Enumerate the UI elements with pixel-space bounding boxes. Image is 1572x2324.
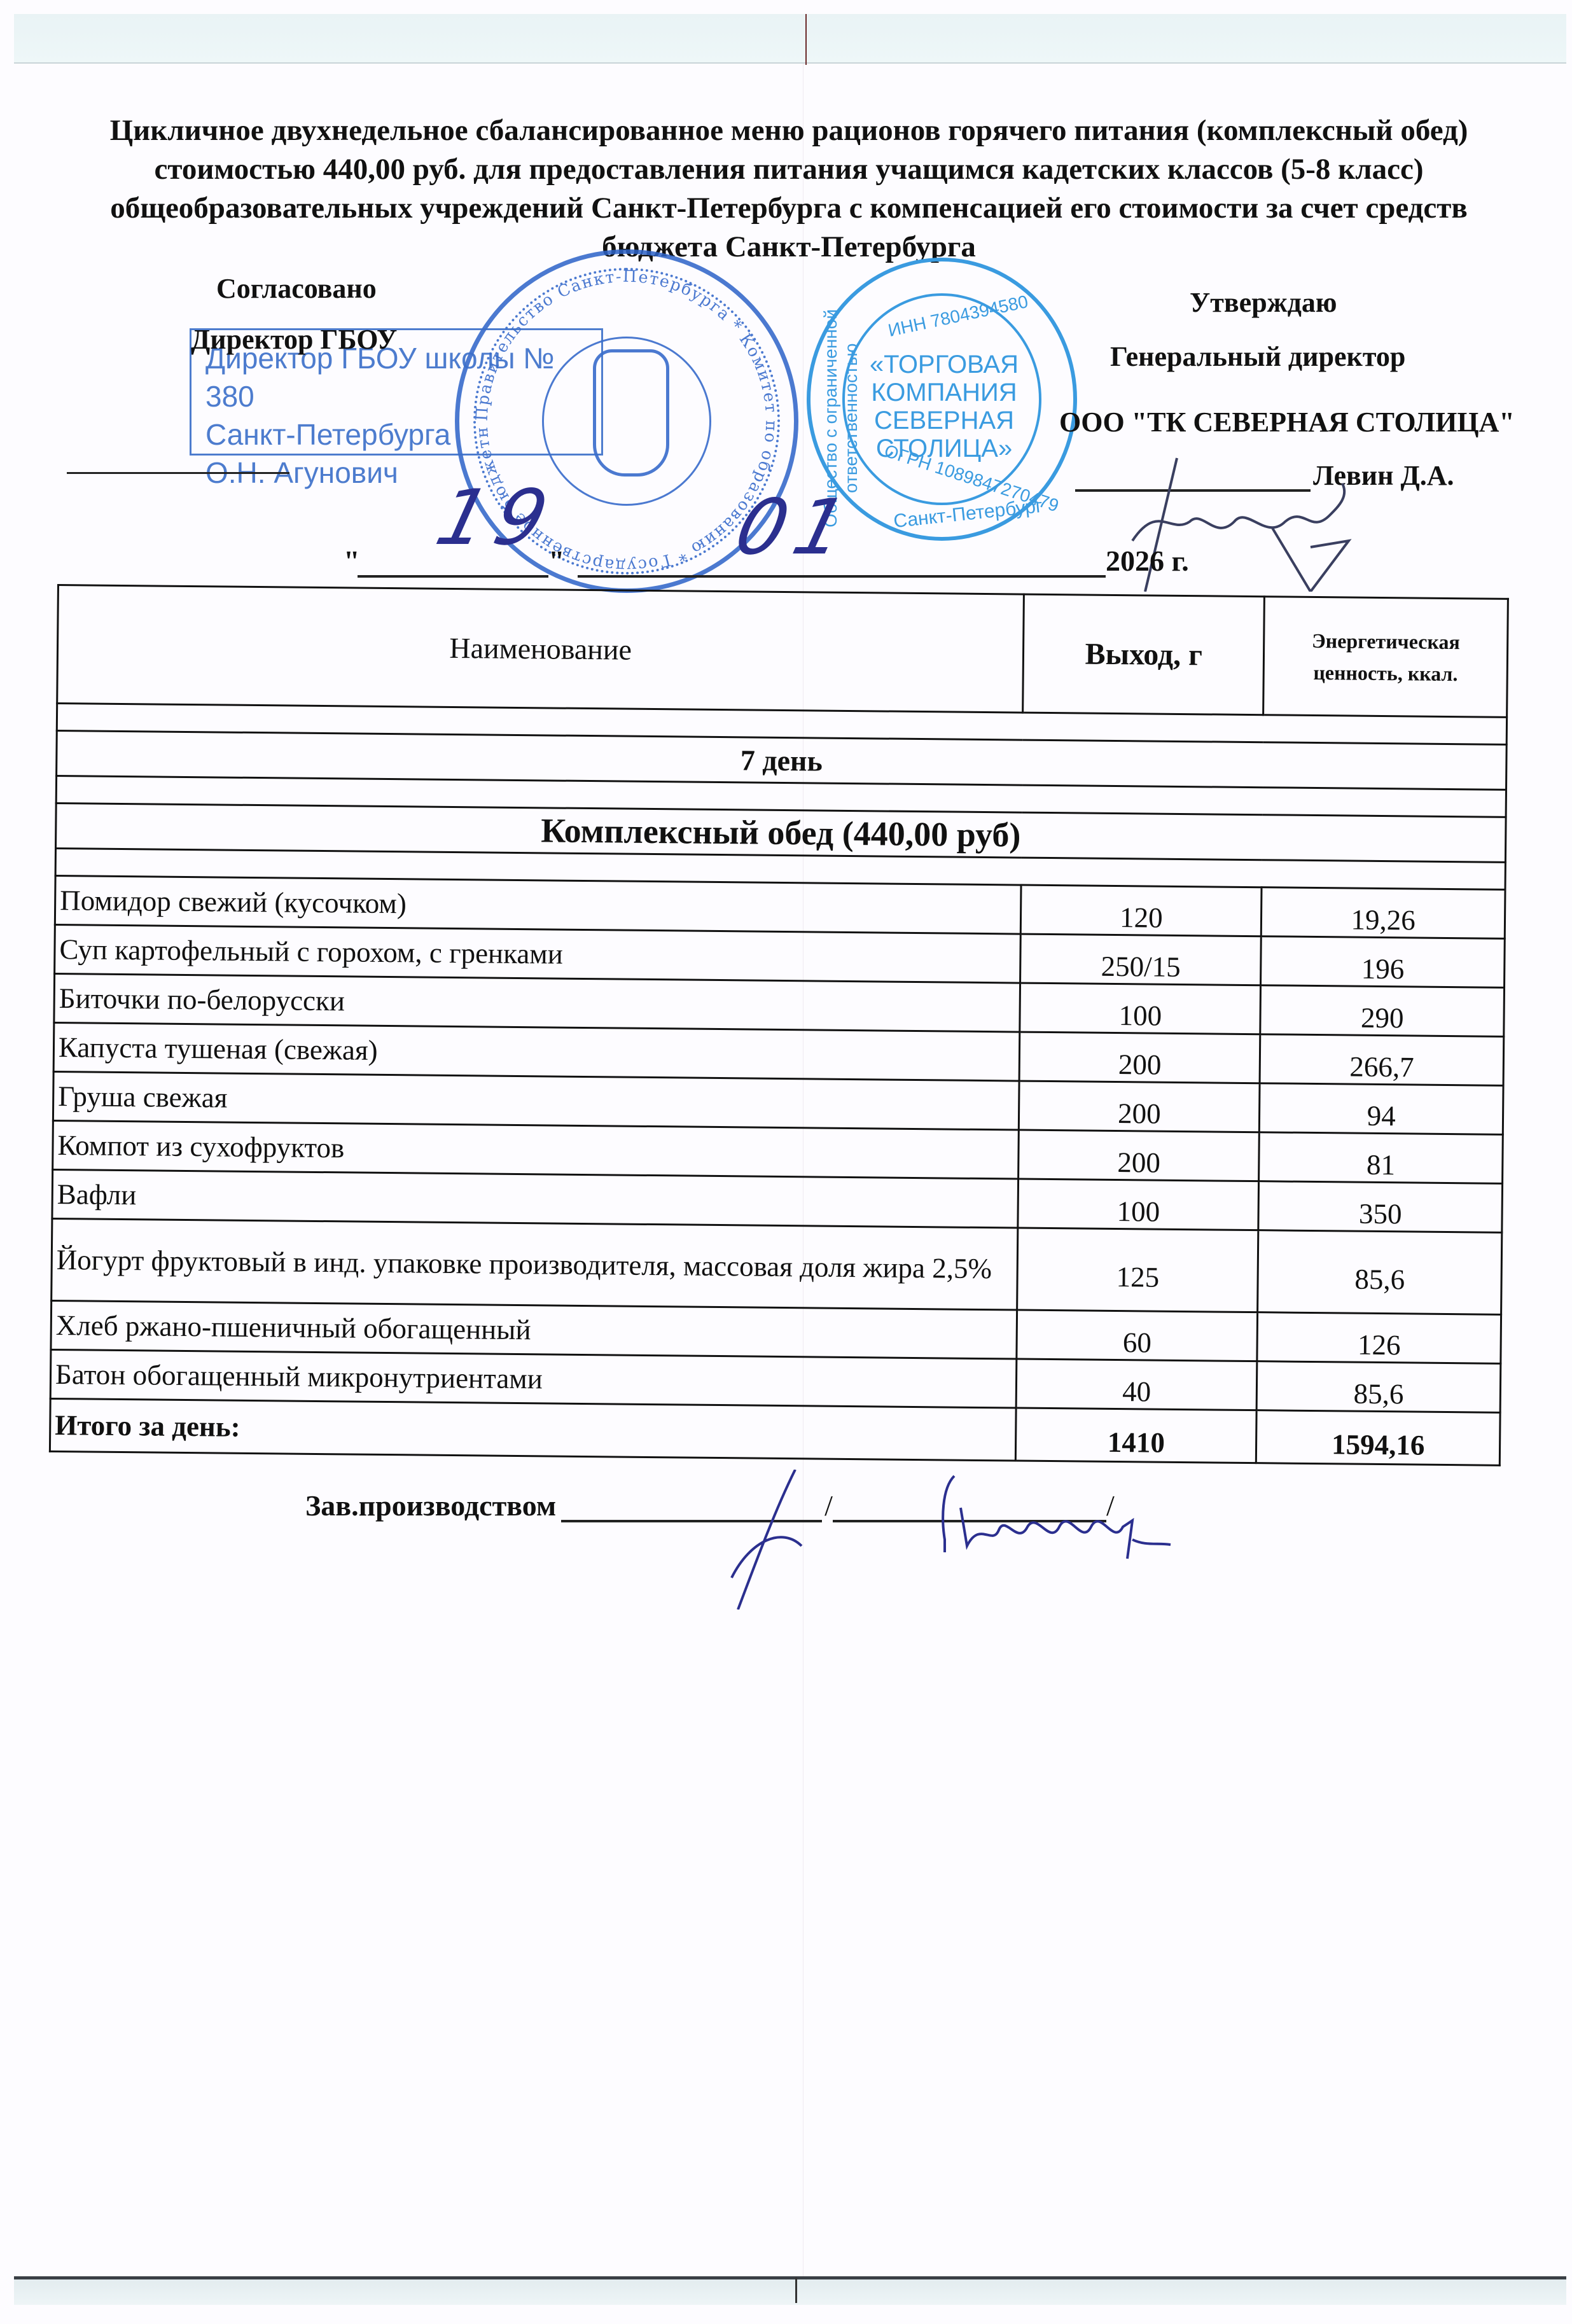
agreed-label: Согласовано: [216, 272, 377, 305]
general-director-label: Генеральный директор: [1110, 340, 1405, 373]
item-yield: 200: [1019, 1081, 1260, 1132]
director-signature-line: [67, 472, 289, 474]
item-name: Хлеб ржано-пшеничный обогащенный: [51, 1300, 1017, 1359]
table-header-row: Наименование Выход, г Энергетическая цен…: [57, 585, 1508, 718]
menu-table: Наименование Выход, г Энергетическая цен…: [49, 584, 1509, 1466]
page-fold-mark-top: [805, 14, 807, 65]
item-name: Вафли: [52, 1169, 1019, 1228]
company-seal-city: Санкт-Петербург: [893, 496, 1044, 532]
menu-rows: Помидор свежий (кусочком)12019,26Суп кар…: [50, 875, 1505, 1412]
header-yield: Выход, г: [1023, 594, 1265, 715]
date-quote-open: ": [344, 544, 358, 578]
total-energy: 1594,16: [1256, 1410, 1500, 1466]
header-name: Наименование: [57, 585, 1024, 713]
total-label: Итого за день:: [50, 1398, 1016, 1461]
scan-edge-top: [14, 14, 1566, 64]
item-yield: 100: [1018, 1179, 1259, 1230]
item-energy: 350: [1258, 1181, 1502, 1233]
school-director-label: Директор ГБОУ: [191, 323, 397, 356]
item-name: Батон обогащенный микронутриентами: [50, 1349, 1017, 1408]
item-name: Компот из сухофруктов: [53, 1120, 1019, 1179]
header-energy: Энергетическая ценность, ккал.: [1263, 597, 1508, 718]
total-yield: 1410: [1016, 1408, 1257, 1463]
month-blank: [578, 575, 1106, 578]
company-seal-inn: ИНН 7804394580: [886, 291, 1030, 341]
item-name: Помидор свежий (кусочком): [55, 875, 1021, 934]
production-manager-signature-icon: [700, 1470, 1221, 1610]
date-quote-close: ": [548, 544, 562, 578]
production-manager-label: Зав.производством: [305, 1489, 556, 1522]
company-seal-name: «ТОРГОВАЯ КОМПАНИЯ СЕВЕРНАЯ СТОЛИЦА»: [849, 351, 1040, 463]
item-yield: 125: [1017, 1228, 1258, 1312]
document-title: Цикличное двухнедельное сбалансированное…: [57, 111, 1520, 267]
item-yield: 60: [1017, 1310, 1258, 1361]
year-text: 2026 г.: [1106, 545, 1189, 577]
item-energy: 85,6: [1256, 1361, 1500, 1413]
item-yield: 40: [1016, 1359, 1257, 1410]
item-name: Груша свежая: [53, 1071, 1019, 1130]
item-energy: 85,6: [1258, 1230, 1502, 1315]
item-yield: 100: [1020, 983, 1261, 1034]
item-name: Йогурт фруктовый в инд. упаковке произво…: [52, 1218, 1018, 1310]
item-name: Суп картофельный с горохом, с гренками: [55, 924, 1021, 983]
approve-label: Утверждаю: [1190, 286, 1337, 319]
item-energy: 196: [1261, 936, 1505, 988]
item-yield: 120: [1021, 885, 1262, 936]
stamp-line: Санкт-Петербурга: [205, 415, 601, 454]
table-row: Йогурт фруктовый в инд. упаковке произво…: [52, 1218, 1502, 1314]
item-energy: 290: [1260, 985, 1504, 1037]
item-name: Капуста тушеная (свежая): [53, 1022, 1020, 1081]
item-yield: 200: [1019, 1130, 1260, 1181]
item-energy: 266,7: [1260, 1034, 1503, 1086]
item-yield: 200: [1019, 1032, 1260, 1083]
header-energy-line1: Энергетическая: [1269, 624, 1503, 658]
scan-edge-bottom: [14, 2276, 1566, 2305]
item-name: Биточки по-белорусски: [54, 973, 1020, 1032]
page-fold-mark-bottom: [795, 2278, 797, 2303]
item-energy: 19,26: [1262, 887, 1505, 939]
company-name: ООО "ТК СЕВЕРНАЯ СТОЛИЦА": [1059, 406, 1515, 438]
handwritten-day: 19: [428, 474, 565, 562]
item-energy: 81: [1259, 1132, 1503, 1184]
item-energy: 94: [1260, 1083, 1503, 1135]
item-energy: 126: [1257, 1312, 1501, 1364]
day-blank: [358, 575, 548, 578]
header-energy-line2: ценность, ккал.: [1269, 656, 1503, 690]
item-yield: 250/15: [1020, 934, 1262, 985]
coat-of-arms-icon: [593, 349, 669, 477]
handwritten-month: 01: [727, 484, 864, 572]
